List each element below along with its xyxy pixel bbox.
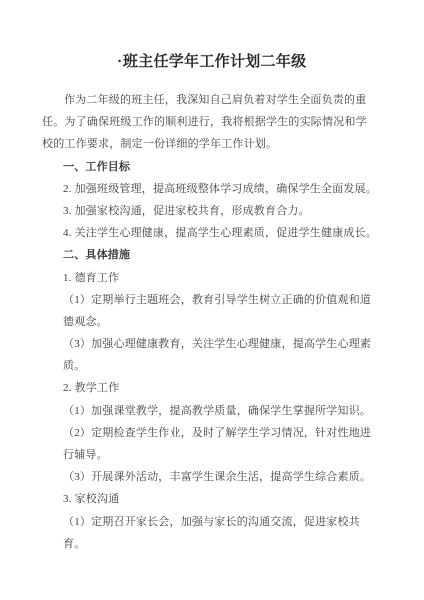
list-item-line: （1）定期召开家长会，加强与家长的沟通交流，促进家校共 [63, 511, 386, 533]
list-item-line: 质。 [63, 355, 386, 377]
paragraph-line: 校的工作要求，制定一份详细的学年工作计划。 [42, 133, 386, 155]
list-item-line: 行辅导。 [63, 444, 386, 466]
list-item-line: 3. 加强家校沟通，促进家校共育，形成教育合力。 [63, 200, 386, 222]
list-item-line: （1）定期举行主题班会，教育引导学生树立正确的价值观和道 [63, 289, 386, 311]
list-item-line: 3. 家校沟通 [63, 488, 386, 510]
list-item-line: 2. 加强班级管理，提高班级整体学习成绩，确保学生全面发展。 [63, 178, 386, 200]
paragraph-line: 作为二年级的班主任，我深知自己肩负着对学生全面负责的重 [42, 89, 386, 111]
list-item-line: （1）加强课堂教学，提高教学质量，确保学生掌握所学知识。 [63, 400, 386, 422]
section-heading: 二、具体措施 [63, 244, 386, 266]
section-heading: 一、工作目标 [63, 156, 386, 178]
page-title: ·班主任学年工作计划二年级 [0, 49, 424, 75]
list-item-line: 1. 德育工作 [63, 267, 386, 289]
list-item-line: 4. 关注学生心理健康，提高学生心理素质，促进学生健康成长。 [63, 222, 386, 244]
list-item-line: （3）加强心理健康教育，关注学生心理健康，提高学生心理素 [63, 333, 386, 355]
paragraph-line: 任。为了确保班级工作的顺利进行，我将根据学生的实际情况和学 [42, 111, 386, 133]
list-item-line: 德观念。 [63, 311, 386, 333]
document-body: 作为二年级的班主任，我深知自己肩负着对学生全面负责的重任。为了确保班级工作的顺利… [0, 89, 424, 555]
document-page: ·班主任学年工作计划二年级 作为二年级的班主任，我深知自己肩负着对学生全面负责的… [0, 0, 424, 600]
list-item-line: （2）定期检查学生作业，及时了解学生学习情况，针对性地进 [63, 422, 386, 444]
list-item-line: 育。 [63, 533, 386, 555]
list-item-line: （3）开展课外活动，丰富学生课余生活，提高学生综合素质。 [63, 466, 386, 488]
list-item-line: 2. 教学工作 [63, 377, 386, 399]
